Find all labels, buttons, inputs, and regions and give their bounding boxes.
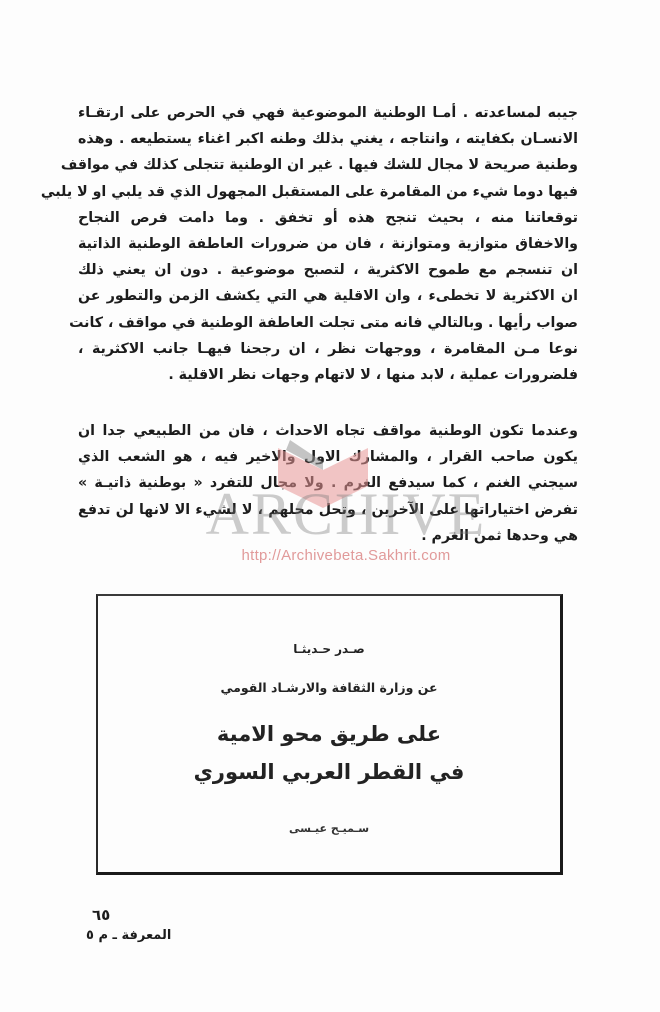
text-line: فلضرورات عملية ، لابد منها ، لا لاتهام و…: [78, 362, 578, 388]
paragraph-2: وعندما تكون الوطنية مواقف تجاه الاحداث ،…: [78, 418, 578, 549]
text-line: صواب رأيها . وبالتالي فانه متى تجلت العا…: [78, 310, 578, 336]
journal-signature: المعرفة ـ م ٥: [86, 928, 171, 943]
text-line: والاخفاق متوازية ومتوازنة ، فان من ضرورا…: [78, 231, 578, 257]
text-line: يكون صاحب القرار ، والمشارك الاول والاخي…: [78, 444, 578, 470]
text-line: الانسـان بكفايته ، وانتاجه ، يغني بذلك و…: [78, 126, 578, 152]
text-line: ان تنسجم مع طموح الاكثرية ، لتصبح موضوعي…: [78, 257, 578, 283]
text-line: فيها دوما شيء من المقامرة على المستقبل ا…: [78, 179, 578, 205]
text-line: سيجني الغنم ، كما سيدفع الغرم . ولا مجال…: [78, 470, 578, 496]
archive-watermark-url: http://Archivebeta.Sakhrit.com: [196, 547, 496, 564]
announcement-kicker: صـدر حـديثـا: [98, 642, 560, 656]
text-line: توقعاتنا منه ، بحيث تنجح هذه أو تخفق . و…: [78, 205, 578, 231]
text-line: ان الاكثرية لا تخطىء ، وان الاقلية هي ال…: [78, 283, 578, 309]
book-author: سـميـح عيـسى: [98, 822, 560, 835]
text-line: جيبه لمساعدته . أمـا الوطنية الموضوعية ف…: [78, 100, 578, 126]
text-line: نوعا مـن المقامرة ، ووجهات نظر ، ان رجحن…: [78, 336, 578, 362]
book-announcement-box: صـدر حـديثـا عن وزارة الثقافة والارشـاد …: [96, 594, 563, 875]
text-line: وعندما تكون الوطنية مواقف تجاه الاحداث ،…: [78, 418, 578, 444]
book-title-line-2: في القطر العربي السوري: [98, 760, 560, 784]
page-number: ٦٥: [92, 906, 110, 924]
text-line: هي وحدها ثمن الغرم .: [78, 523, 578, 549]
scanned-page: جيبه لمساعدته . أمـا الوطنية الموضوعية ف…: [0, 0, 660, 1012]
text-line: تفرض اختياراتها على الآخرين ، وتحل محلهم…: [78, 497, 578, 523]
paragraph-1: جيبه لمساعدته . أمـا الوطنية الموضوعية ف…: [78, 100, 578, 388]
announcement-publisher: عن وزارة الثقافة والارشـاد القومي: [98, 680, 560, 695]
text-line: وطنية صريحة لا مجال للشك فيها . غير ان ا…: [78, 152, 578, 178]
book-title-line-1: على طريق محو الامية: [98, 722, 560, 746]
